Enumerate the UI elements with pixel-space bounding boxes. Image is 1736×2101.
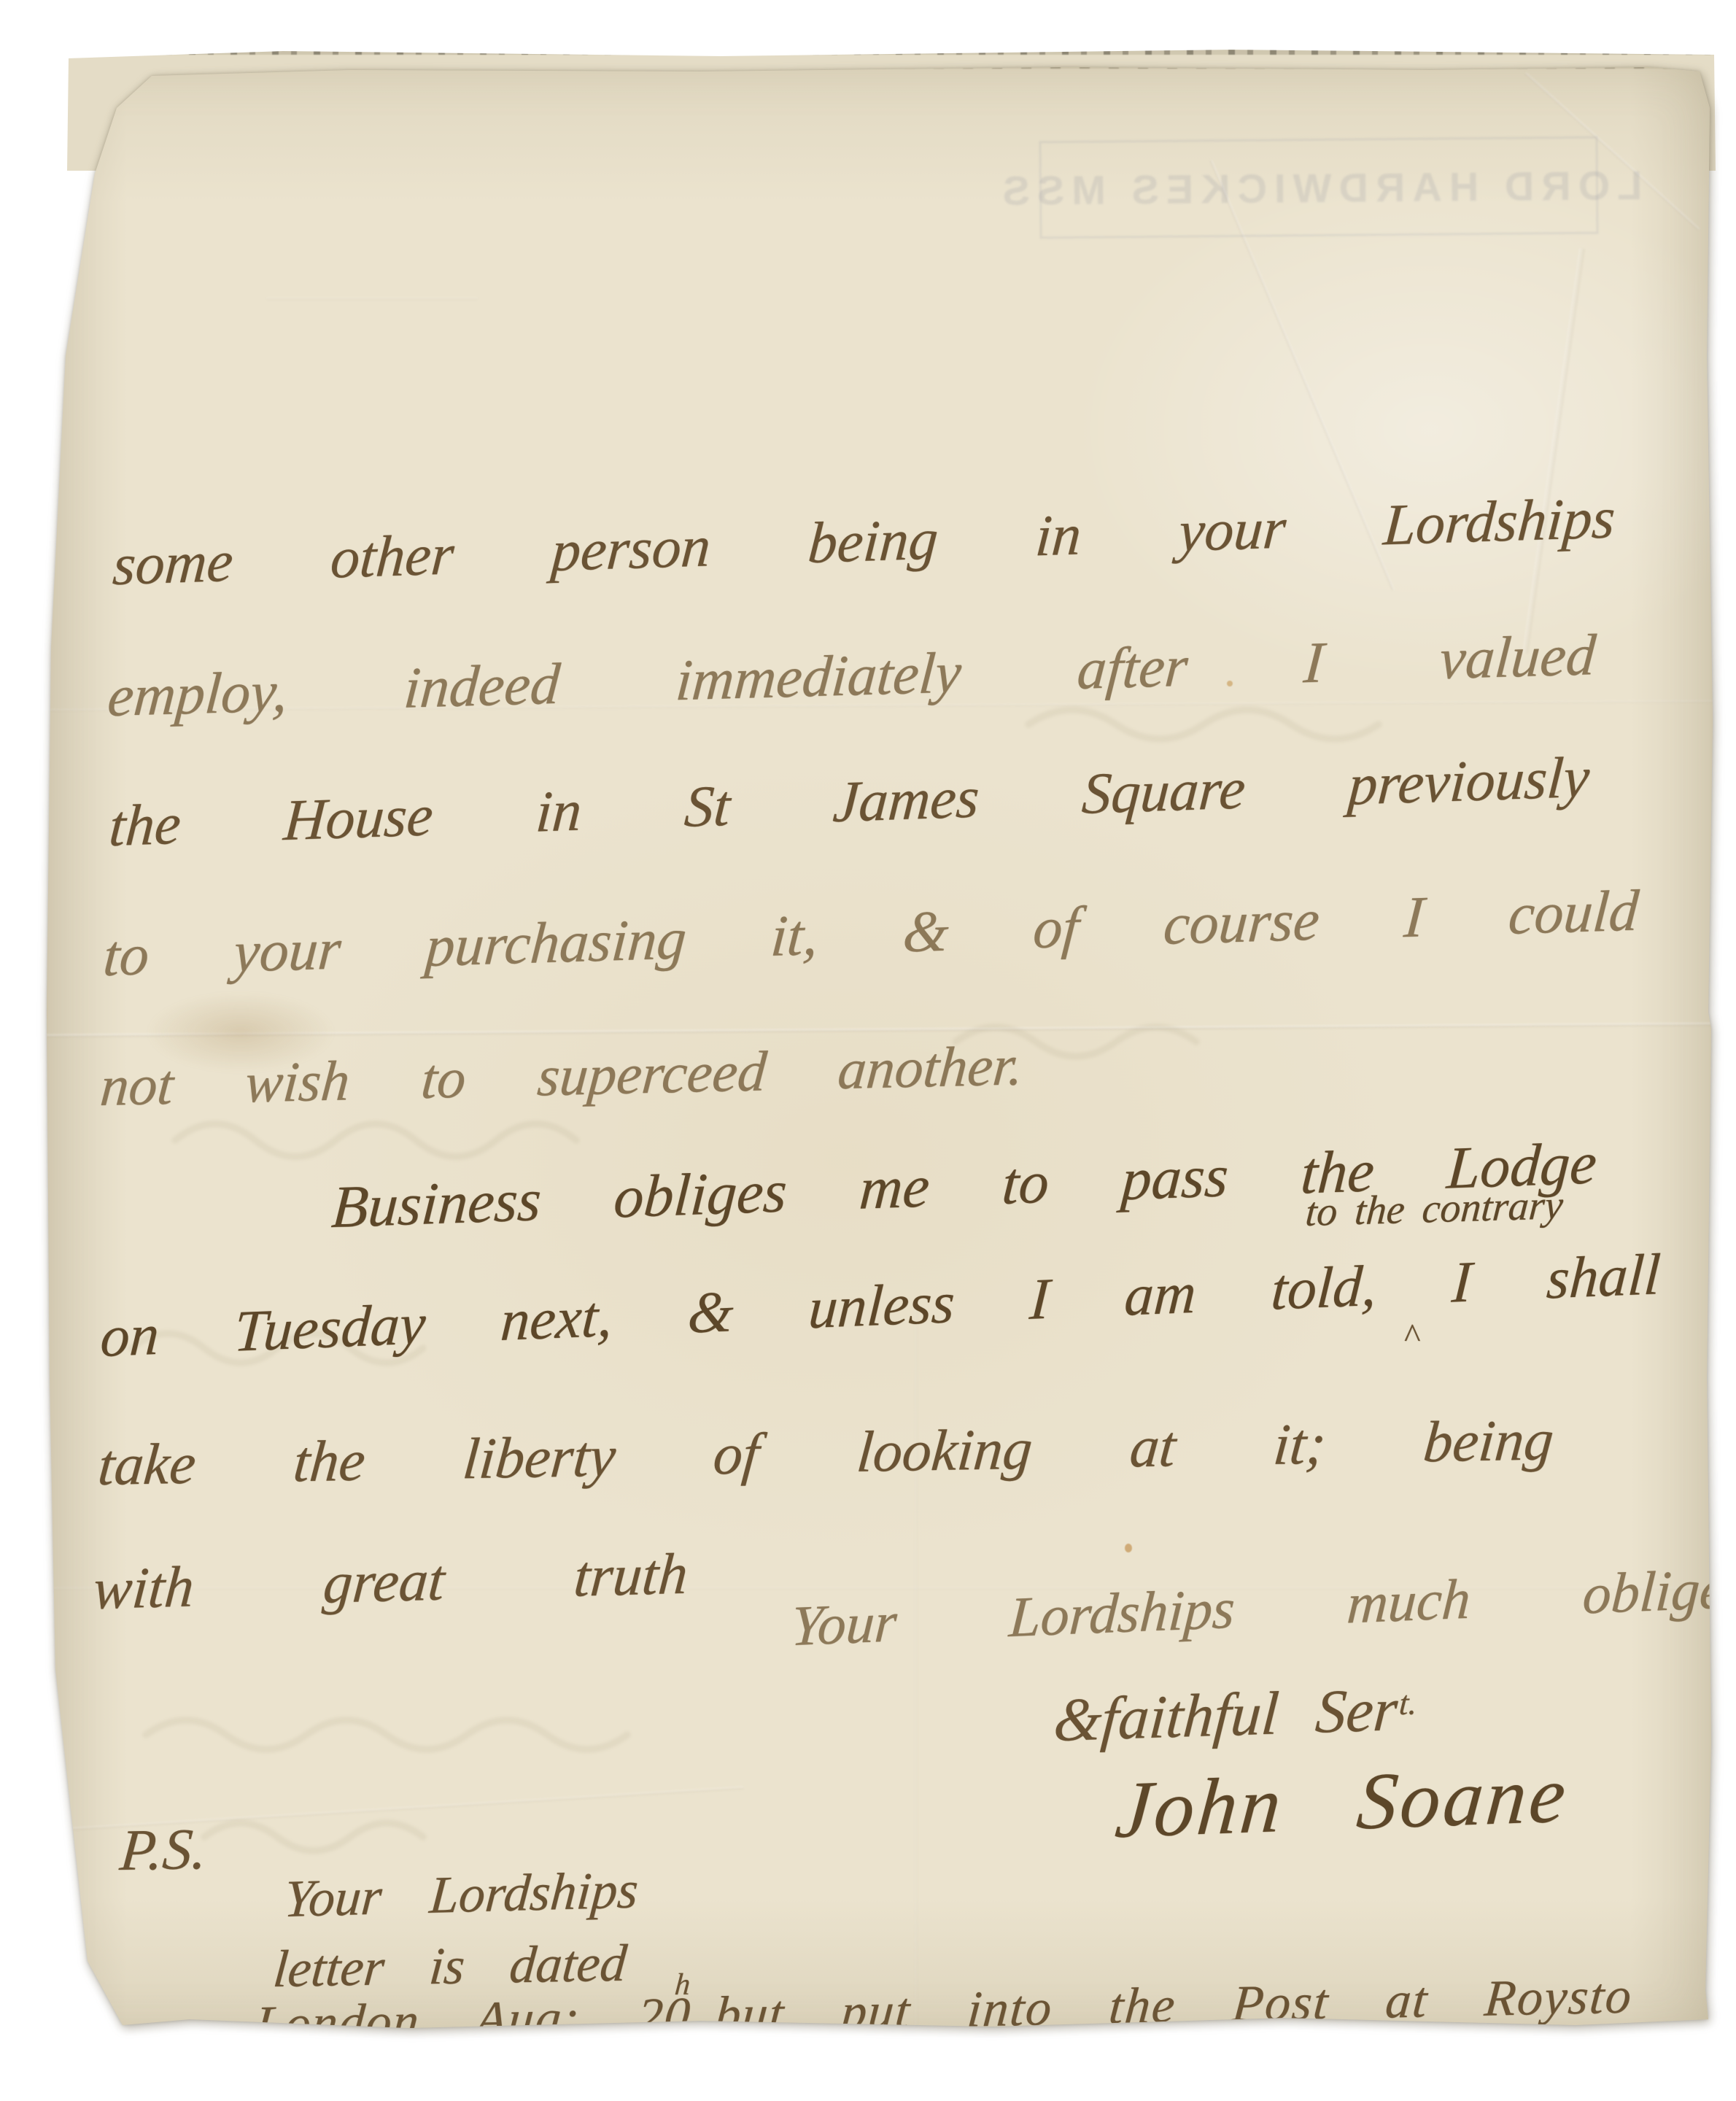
letter-paper: LORD HARDWICKES MSS someotherpersonbeing… [44, 64, 1714, 2035]
paper-diagonal-crease [1522, 248, 1585, 654]
paper-vertical-crease [915, 1304, 918, 2034]
handwriting-line-8: takethelibertyoflookingatit;being [96, 1407, 1557, 1499]
postscript-line-1: Your Lordships [282, 1860, 640, 1930]
handwriting-line-4: toyourpurchasingit,&ofcourseIcould [101, 878, 1641, 990]
closing-valediction: &faithful Sert. [1051, 1674, 1419, 1756]
letter-page: LORD HARDWICKES MSS someotherpersonbeing… [0, 0, 1736, 2101]
signature-john-soane: John Soane [1112, 1748, 1572, 1857]
scanned-letter: LORD HARDWICKES MSS someotherpersonbeing… [0, 0, 1736, 2101]
postscript-line-3-tail: but put into the Post at Roysto [713, 1967, 1635, 2043]
paper-top-edge-grime [350, 64, 1711, 69]
interlinear-insertion: to the contrary [1304, 1182, 1565, 1236]
handwriting-line-2: employ,indeedimmediatelyafterIvalued [105, 622, 1597, 730]
valediction-superscript: t. [1398, 1684, 1419, 1722]
ink-speck [1125, 1544, 1132, 1552]
paper-diagonal-crease [266, 298, 478, 300]
closing-line: YourLordshipsmuchobliged [789, 1555, 1736, 1659]
valediction-text: &faithful Ser [1052, 1676, 1400, 1754]
postscript-label: P.S. [117, 1816, 210, 1884]
handwriting-line-9: withgreattruth [90, 1541, 690, 1624]
postscript-date: London Aug: 20 [253, 1987, 694, 2053]
date-superscript: h [673, 1967, 693, 2002]
handwriting-line-7: onTuesdaynext,&unlessIamtold,Ishall [98, 1242, 1662, 1371]
caret-mark: ^ [1404, 1316, 1421, 1356]
handwriting-line-1: someotherpersonbeinginyourLordships [111, 485, 1618, 599]
handwriting-line-3: theHouseinStJamesSquarepreviously [107, 745, 1592, 861]
provenance-stamp-bleedthrough: LORD HARDWICKES MSS [1039, 136, 1598, 239]
